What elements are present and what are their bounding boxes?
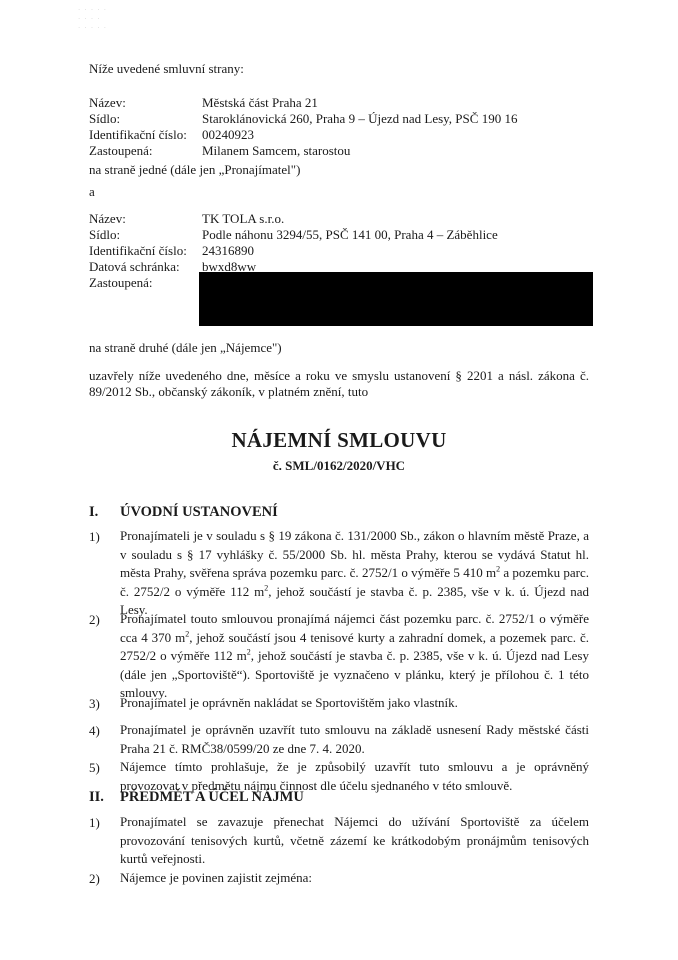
party2-value-seat: Podle náhonu 3294/55, PSČ 141 00, Praha … [202,227,498,243]
section-1-item-2-text: Pronajímatel touto smlouvou pronajímá ná… [120,610,589,703]
intro-text: Níže uvedené smluvní strany: [89,61,244,77]
party1-label-rep: Zastoupená: [89,143,153,159]
conjunction-text: a [89,184,95,200]
party2-label-id: Identifikační číslo: [89,243,187,259]
party2-label-name: Název: [89,211,126,227]
section-1-item-1-number: 1) [89,529,100,545]
party2-label-databox: Datová schránka: [89,259,180,275]
section-2-item-2-number: 2) [89,871,100,887]
party2-label-rep: Zastoupená: [89,275,153,291]
party1-value-seat: Staroklánovická 260, Praha 9 – Újezd nad… [202,111,517,127]
party1-label-name: Název: [89,95,126,111]
section-1-item-4-number: 4) [89,723,100,739]
section-1-item-4-text: Pronajímatel je oprávněn uzavřít tuto sm… [120,721,589,758]
party1-value-rep: Milanem Samcem, starostou [202,143,350,159]
stamp-line: · · · · · [78,24,158,33]
party1-value-name: Městská část Praha 21 [202,95,318,111]
section-2-number: II. [89,789,104,806]
section-1-item-1-text: Pronajímateli je v souladu s § 19 zákona… [120,527,589,620]
section-1-item-5-number: 5) [89,760,100,776]
party1-label-seat: Sídlo: [89,111,120,127]
party1-value-id: 00240923 [202,127,254,143]
section-2-item-1-number: 1) [89,815,100,831]
document-number: č. SML/0162/2020/VHC [0,458,678,474]
stamp-line: · · · · · [78,6,158,15]
party2-value-name: TK TOLA s.r.o. [202,211,284,227]
party1-label-id: Identifikační číslo: [89,127,187,143]
section-2-title: PŘEDMĚT A ÚČEL NÁJMU [120,789,304,806]
redaction-box [199,272,593,326]
section-1-title: ÚVODNÍ USTANOVENÍ [120,504,278,521]
section-2-item-2-text: Nájemce je povinen zajistit zejména: [120,869,589,888]
document-page: · · · · · · · · · · · · · · Níže uvedené… [0,0,678,960]
party2-role: na straně druhé (dále jen „Nájemce") [89,340,282,356]
party2-value-id: 24316890 [202,243,254,259]
document-title: NÁJEMNÍ SMLOUVU [0,428,678,453]
party1-role: na straně jedné (dále jen „Pronajímatel"… [89,162,300,178]
preamble-paragraph: uzavřely níže uvedeného dne, měsíce a ro… [89,368,589,400]
section-1-item-2-number: 2) [89,612,100,628]
section-2-item-1-text: Pronajímatel se zavazuje přenechat Nájem… [120,813,589,869]
party2-label-seat: Sídlo: [89,227,120,243]
stamp-line: · · · · [78,15,158,24]
section-1-number: I. [89,504,98,521]
section-1-item-3-number: 3) [89,696,100,712]
section-1-item-3-text: Pronajímatel je oprávněn nakládat se Spo… [120,694,589,713]
faint-stamp-mark: · · · · · · · · · · · · · · [78,6,158,56]
